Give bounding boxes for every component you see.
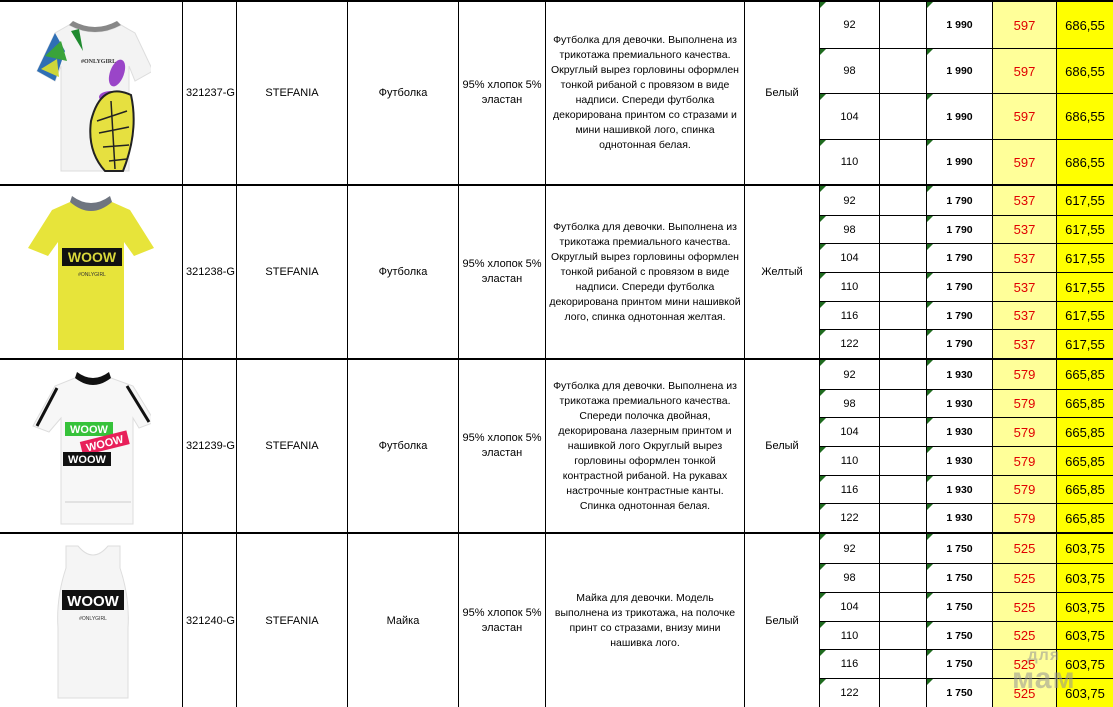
cell-note-marker-icon (927, 504, 933, 510)
cell-note-marker-icon (927, 390, 933, 396)
size-row: 1221 930579665,85 (820, 503, 1113, 532)
size-row: 1101 790537617,55 (820, 272, 1113, 301)
discount-price-cell[interactable]: 537 (993, 216, 1057, 243)
cell-note-marker-icon (927, 140, 933, 146)
svg-text:#ONLYGIRL: #ONLYGIRL (78, 272, 106, 278)
size-cell[interactable]: 110 (820, 140, 880, 184)
total-price-cell[interactable]: 686,55 (1057, 140, 1113, 184)
size-row: 1101 930579665,85 (820, 446, 1113, 475)
empty-cell[interactable] (880, 447, 927, 475)
article-cell[interactable]: 321237-G (183, 2, 237, 184)
size-cell[interactable]: 104 (820, 244, 880, 272)
discount-price-cell[interactable]: 537 (993, 244, 1057, 272)
empty-cell[interactable] (880, 330, 927, 358)
rrp-price-cell[interactable]: 1 790 (927, 186, 993, 215)
product-image: #ONLYGIRL (0, 2, 183, 184)
cell-note-marker-icon (927, 564, 933, 570)
rrp-price-cell[interactable]: 1 750 (927, 564, 993, 592)
cell-note-marker-icon (927, 679, 933, 685)
empty-cell[interactable] (880, 650, 927, 678)
cell-note-marker-icon (927, 418, 933, 424)
svg-text:WOOW: WOOW (68, 454, 106, 466)
discount-price-cell[interactable]: 537 (993, 186, 1057, 215)
discount-price-cell[interactable]: 525 (993, 679, 1057, 707)
size-rows: 921 750525603,75981 750525603,751041 750… (820, 534, 1113, 707)
size-row: 1041 930579665,85 (820, 417, 1113, 446)
color-cell[interactable]: Белый (745, 2, 820, 184)
size-cell[interactable]: 116 (820, 302, 880, 329)
discount-price-cell[interactable]: 597 (993, 2, 1057, 48)
empty-cell[interactable] (880, 216, 927, 243)
cell-note-marker-icon (927, 273, 933, 279)
rrp-price-cell[interactable]: 1 750 (927, 679, 993, 707)
empty-cell[interactable] (880, 2, 927, 48)
total-price-cell[interactable]: 617,55 (1057, 302, 1113, 329)
empty-cell[interactable] (880, 476, 927, 503)
color-cell[interactable]: Белый (745, 534, 820, 707)
cell-note-marker-icon (820, 2, 826, 8)
article-cell[interactable]: 321238-G (183, 186, 237, 358)
cell-note-marker-icon (927, 2, 933, 8)
total-price-cell[interactable]: 603,75 (1057, 564, 1113, 592)
cell-note-marker-icon (927, 360, 933, 366)
description-cell[interactable]: Футболка для девочки. Выполнена из трико… (546, 2, 745, 184)
size-row: 1221 790537617,55 (820, 329, 1113, 358)
product-image: WOOW #ONLYGIRL (0, 534, 183, 707)
brand-cell[interactable]: STEFANIA (237, 534, 348, 707)
total-price-cell[interactable]: 686,55 (1057, 94, 1113, 139)
product-row: #ONLYGIRL 321237-GSTEFANIAФутболка95% хл… (0, 0, 1113, 184)
article-cell[interactable]: 321240-G (183, 534, 237, 707)
discount-price-cell[interactable]: 579 (993, 360, 1057, 389)
article-cell[interactable]: 321239-G (183, 360, 237, 532)
svg-text:#ONLYGIRL: #ONLYGIRL (79, 616, 107, 622)
discount-price-cell[interactable]: 537 (993, 330, 1057, 358)
cell-note-marker-icon (927, 476, 933, 482)
discount-price-cell[interactable]: 537 (993, 302, 1057, 329)
size-cell[interactable]: 92 (820, 186, 880, 215)
brand-cell[interactable]: STEFANIA (237, 186, 348, 358)
size-cell[interactable]: 98 (820, 49, 880, 93)
type-cell[interactable]: Футболка (348, 2, 459, 184)
product-image: WOOW #ONLYGIRL (0, 186, 183, 358)
cell-note-marker-icon (927, 534, 933, 540)
type-cell[interactable]: Майка (348, 534, 459, 707)
cell-note-marker-icon (820, 302, 826, 308)
cell-note-marker-icon (820, 418, 826, 424)
total-price-cell[interactable]: 603,75 (1057, 650, 1113, 678)
cell-note-marker-icon (927, 650, 933, 656)
size-cell[interactable]: 116 (820, 650, 880, 678)
discount-price-cell[interactable]: 579 (993, 504, 1057, 532)
cell-note-marker-icon (820, 140, 826, 146)
empty-cell[interactable] (880, 49, 927, 93)
size-row: 981 750525603,75 (820, 563, 1113, 592)
size-cell[interactable]: 110 (820, 447, 880, 475)
size-cell[interactable]: 122 (820, 504, 880, 532)
color-cell[interactable]: Желтый (745, 186, 820, 358)
size-cell[interactable]: 92 (820, 360, 880, 389)
cell-note-marker-icon (927, 622, 933, 628)
brand-cell[interactable]: STEFANIA (237, 2, 348, 184)
discount-price-cell[interactable]: 525 (993, 593, 1057, 621)
total-price-cell[interactable]: 603,75 (1057, 622, 1113, 649)
empty-cell[interactable] (880, 593, 927, 621)
size-cell[interactable]: 122 (820, 679, 880, 707)
rrp-price-cell[interactable]: 1 930 (927, 360, 993, 389)
cell-note-marker-icon (820, 447, 826, 453)
rrp-price-cell[interactable]: 1 750 (927, 534, 993, 563)
size-row: 1101 990597686,55 (820, 139, 1113, 184)
product-image: WOOW WOOW WOOW (0, 360, 183, 532)
rrp-price-cell[interactable]: 1 790 (927, 273, 993, 301)
size-row: 1161 930579665,85 (820, 475, 1113, 503)
empty-cell[interactable] (880, 679, 927, 707)
description-cell[interactable]: Майка для девочки. Модель выполнена из т… (546, 534, 745, 707)
size-cell[interactable]: 116 (820, 476, 880, 503)
brand-cell[interactable]: STEFANIA (237, 360, 348, 532)
total-price-cell[interactable]: 603,75 (1057, 534, 1113, 563)
size-cell[interactable]: 92 (820, 534, 880, 563)
empty-cell[interactable] (880, 360, 927, 389)
cell-note-marker-icon (927, 186, 933, 192)
size-cell[interactable]: 104 (820, 94, 880, 139)
composition-cell[interactable]: 95% хлопок 5% эластан (459, 186, 546, 358)
total-price-cell[interactable]: 665,85 (1057, 360, 1113, 389)
total-price-cell[interactable]: 665,85 (1057, 447, 1113, 475)
description-cell[interactable]: Футболка для девочки. Выполнена из трико… (546, 360, 745, 532)
cell-note-marker-icon (927, 447, 933, 453)
price-list-sheet: #ONLYGIRL 321237-GSTEFANIAФутболка95% хл… (0, 0, 1113, 707)
empty-cell[interactable] (880, 504, 927, 532)
size-row: 921 750525603,75 (820, 534, 1113, 563)
total-price-cell[interactable]: 686,55 (1057, 2, 1113, 48)
empty-cell[interactable] (880, 244, 927, 272)
size-row: 921 930579665,85 (820, 360, 1113, 389)
total-price-cell[interactable]: 665,85 (1057, 504, 1113, 532)
cell-note-marker-icon (820, 650, 826, 656)
empty-cell[interactable] (880, 186, 927, 215)
size-row: 1161 750525603,75 (820, 649, 1113, 678)
cell-note-marker-icon (820, 622, 826, 628)
size-row: 1041 790537617,55 (820, 243, 1113, 272)
rrp-price-cell[interactable]: 1 750 (927, 650, 993, 678)
product-row: WOOW #ONLYGIRL 321238-GSTEFANIAФутболка9… (0, 184, 1113, 358)
discount-price-cell[interactable]: 525 (993, 564, 1057, 592)
cell-note-marker-icon (820, 94, 826, 100)
total-price-cell[interactable]: 603,75 (1057, 679, 1113, 707)
size-rows: 921 930579665,85981 930579665,851041 930… (820, 360, 1113, 532)
cell-note-marker-icon (927, 244, 933, 250)
size-row: 1041 990597686,55 (820, 93, 1113, 139)
size-row: 921 990597686,55 (820, 2, 1113, 48)
size-row: 981 930579665,85 (820, 389, 1113, 417)
size-rows: 921 990597686,55981 990597686,551041 990… (820, 2, 1113, 184)
rrp-price-cell[interactable]: 1 750 (927, 622, 993, 649)
empty-cell[interactable] (880, 390, 927, 417)
total-price-cell[interactable]: 617,55 (1057, 273, 1113, 301)
cell-note-marker-icon (820, 564, 826, 570)
total-price-cell[interactable]: 617,55 (1057, 216, 1113, 243)
rrp-price-cell[interactable]: 1 930 (927, 476, 993, 503)
cell-note-marker-icon (820, 216, 826, 222)
size-row: 1161 790537617,55 (820, 301, 1113, 329)
cell-note-marker-icon (927, 593, 933, 599)
discount-price-cell[interactable]: 537 (993, 273, 1057, 301)
cell-note-marker-icon (820, 186, 826, 192)
empty-cell[interactable] (880, 273, 927, 301)
cell-note-marker-icon (820, 49, 826, 55)
size-cell[interactable]: 110 (820, 273, 880, 301)
empty-cell[interactable] (880, 302, 927, 329)
svg-text:WOOW: WOOW (70, 424, 108, 436)
svg-text:WOOW: WOOW (68, 249, 117, 265)
discount-price-cell[interactable]: 579 (993, 418, 1057, 446)
size-cell[interactable]: 122 (820, 330, 880, 358)
discount-price-cell[interactable]: 525 (993, 650, 1057, 678)
rrp-price-cell[interactable]: 1 990 (927, 2, 993, 48)
total-price-cell[interactable]: 617,55 (1057, 330, 1113, 358)
description-cell[interactable]: Футболка для девочки. Выполнена из трико… (546, 186, 745, 358)
rrp-price-cell[interactable]: 1 790 (927, 216, 993, 243)
size-row: 981 790537617,55 (820, 215, 1113, 243)
total-price-cell[interactable]: 665,85 (1057, 476, 1113, 503)
product-row: WOOW #ONLYGIRL 321240-GSTEFANIAМайка95% … (0, 532, 1113, 707)
size-row: 1101 750525603,75 (820, 621, 1113, 649)
total-price-cell[interactable]: 617,55 (1057, 244, 1113, 272)
cell-note-marker-icon (927, 216, 933, 222)
cell-note-marker-icon (820, 330, 826, 336)
size-cell[interactable]: 110 (820, 622, 880, 649)
type-cell[interactable]: Футболка (348, 186, 459, 358)
size-row: 981 990597686,55 (820, 48, 1113, 93)
discount-price-cell[interactable]: 525 (993, 534, 1057, 563)
svg-text:WOOW: WOOW (67, 593, 119, 610)
discount-price-cell[interactable]: 597 (993, 49, 1057, 93)
empty-cell[interactable] (880, 418, 927, 446)
cell-note-marker-icon (820, 593, 826, 599)
rrp-price-cell[interactable]: 1 790 (927, 244, 993, 272)
rrp-price-cell[interactable]: 1 990 (927, 49, 993, 93)
rrp-price-cell[interactable]: 1 790 (927, 302, 993, 329)
total-price-cell[interactable]: 665,85 (1057, 418, 1113, 446)
composition-cell[interactable]: 95% хлопок 5% эластан (459, 534, 546, 707)
cell-note-marker-icon (820, 534, 826, 540)
size-cell[interactable]: 98 (820, 216, 880, 243)
product-row: WOOW WOOW WOOW 321239-GSTEFANIAФутболка9… (0, 358, 1113, 532)
cell-note-marker-icon (927, 330, 933, 336)
discount-price-cell[interactable]: 597 (993, 94, 1057, 139)
rrp-price-cell[interactable]: 1 750 (927, 593, 993, 621)
cell-note-marker-icon (820, 476, 826, 482)
total-price-cell[interactable]: 686,55 (1057, 49, 1113, 93)
cell-note-marker-icon (927, 302, 933, 308)
rrp-price-cell[interactable]: 1 990 (927, 94, 993, 139)
size-cell[interactable]: 98 (820, 564, 880, 592)
cell-note-marker-icon (820, 504, 826, 510)
rrp-price-cell[interactable]: 1 930 (927, 390, 993, 417)
size-row: 921 790537617,55 (820, 186, 1113, 215)
size-cell[interactable]: 104 (820, 418, 880, 446)
discount-price-cell[interactable]: 597 (993, 140, 1057, 184)
size-rows: 921 790537617,55981 790537617,551041 790… (820, 186, 1113, 358)
rrp-price-cell[interactable]: 1 990 (927, 140, 993, 184)
discount-price-cell[interactable]: 525 (993, 622, 1057, 649)
rrp-price-cell[interactable]: 1 930 (927, 418, 993, 446)
composition-cell[interactable]: 95% хлопок 5% эластан (459, 360, 546, 532)
cell-note-marker-icon (820, 679, 826, 685)
cell-note-marker-icon (927, 49, 933, 55)
type-cell[interactable]: Футболка (348, 360, 459, 532)
rrp-price-cell[interactable]: 1 930 (927, 504, 993, 532)
empty-cell[interactable] (880, 564, 927, 592)
total-price-cell[interactable]: 617,55 (1057, 186, 1113, 215)
cell-note-marker-icon (820, 360, 826, 366)
discount-price-cell[interactable]: 579 (993, 447, 1057, 475)
svg-text:#ONLYGIRL: #ONLYGIRL (81, 59, 116, 65)
cell-note-marker-icon (820, 390, 826, 396)
cell-note-marker-icon (820, 244, 826, 250)
discount-price-cell[interactable]: 579 (993, 390, 1057, 417)
size-cell[interactable]: 104 (820, 593, 880, 621)
size-cell[interactable]: 92 (820, 2, 880, 48)
rrp-price-cell[interactable]: 1 790 (927, 330, 993, 358)
total-price-cell[interactable]: 603,75 (1057, 593, 1113, 621)
discount-price-cell[interactable]: 579 (993, 476, 1057, 503)
size-row: 1221 750525603,75 (820, 678, 1113, 707)
color-cell[interactable]: Белый (745, 360, 820, 532)
size-row: 1041 750525603,75 (820, 592, 1113, 621)
composition-cell[interactable]: 95% хлопок 5% эластан (459, 2, 546, 184)
empty-cell[interactable] (880, 140, 927, 184)
empty-cell[interactable] (880, 534, 927, 563)
rrp-price-cell[interactable]: 1 930 (927, 447, 993, 475)
total-price-cell[interactable]: 665,85 (1057, 390, 1113, 417)
empty-cell[interactable] (880, 622, 927, 649)
empty-cell[interactable] (880, 94, 927, 139)
cell-note-marker-icon (820, 273, 826, 279)
size-cell[interactable]: 98 (820, 390, 880, 417)
cell-note-marker-icon (927, 94, 933, 100)
